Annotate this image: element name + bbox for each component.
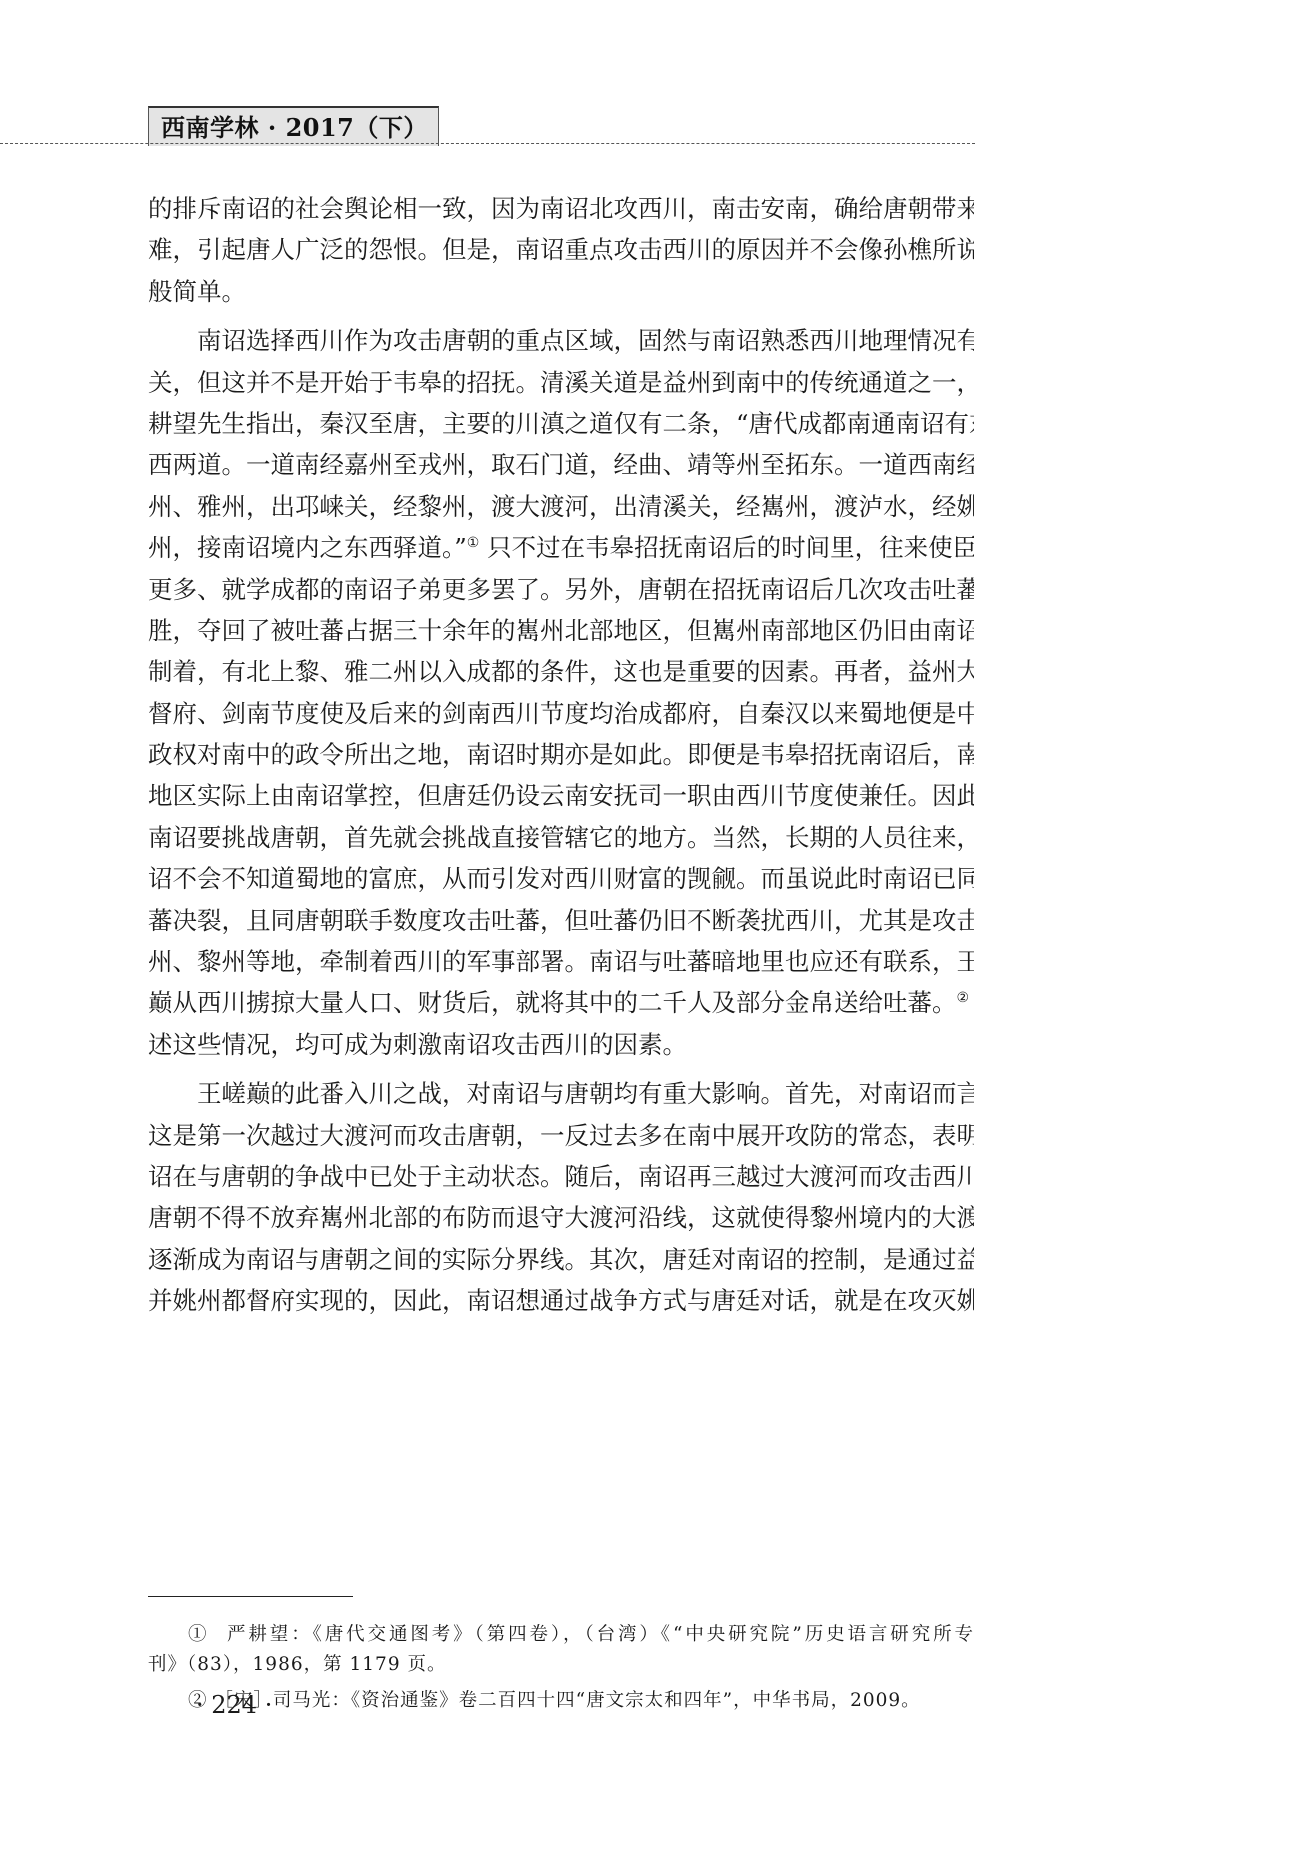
text-segment: 只不过在韦皋招抚南诏后的时间里，往来使臣 [487,533,974,562]
text-line: 关，但这并不是开始于韦皋的招抚。清溪关道是益州到南中的传统通道之一，严 [148,362,974,403]
footnote-text: 严耕望：《唐代交通图考》（第四卷），（台湾）《“中央研究院”历史语言研究所专 [227,1624,974,1645]
text-line: 蕃决裂，且同唐朝联手数度攻击吐蕃，但吐蕃仍旧不断袭扰西川，尤其是攻击嶲 [148,900,974,941]
text-line: 诏在与唐朝的争战中已处于主动状态。随后，南诏再三越过大渡河而攻击西川， [148,1156,974,1197]
text-line: 地区实际上由南诏掌控，但唐廷仍设云南安抚司一职由西川节度使兼任。因此， [148,775,974,816]
text-line-with-note: 巅从西川掳掠大量人口、财货后，就将其中的二千人及部分金帛送给吐蕃。② 上 [148,982,974,1023]
journal-title: 西南学林 · 2017（下） [161,113,428,142]
text-line: 王嵯巅的此番入川之战，对南诏与唐朝均有重大影响。首先，对南诏而言， [148,1073,974,1114]
page-number: · 224 · [196,1690,272,1720]
text-line: 州、黎州等地，牵制着西川的军事部署。南诏与吐蕃暗地里也应还有联系，王嵯 [148,941,974,982]
text-line: 更多、就学成都的南诏子弟更多罢了。另外，唐朝在招抚南诏后几次攻击吐蕃获 [148,569,974,610]
text-line: 州、雅州，出邛崃关，经黎州，渡大渡河，出清溪关，经嶲州，渡泸水，经姚 [148,486,974,527]
text-line-with-note: 州，接南诏境内之东西驿道。”① 只不过在韦皋招抚南诏后的时间里，往来使臣 [148,527,974,568]
text-segment: 巅从西川掳掠大量人口、财货后，就将其中的二千人及部分金帛送给吐蕃。 [148,988,957,1017]
text-line: 政权对南中的政令所出之地，南诏时期亦是如此。即便是韦皋招抚南诏后，南中 [148,734,974,775]
body-text: 的排斥南诏的社会舆论相一致，因为南诏北攻西川，南击安南，确给唐朝带来灾 难，引起… [148,188,974,1322]
text-line: 这是第一次越过大渡河而攻击唐朝，一反过去多在南中展开攻防的常态，表明南 [148,1115,974,1156]
header-dashed-rule [0,143,975,144]
text-line: 难，引起唐人广泛的怨恨。但是，南诏重点攻击西川的原因并不会像孙樵所说这 [148,229,974,270]
running-head: 西南学林 · 2017（下） [148,106,439,146]
footnote-marker: ① [188,1624,209,1645]
footnote-ref-1[interactable]: ① [467,535,480,551]
text-line: 的排斥南诏的社会舆论相一致，因为南诏北攻西川，南击安南，确给唐朝带来灾 [148,188,974,229]
text-line: 耕望先生指出，秦汉至唐，主要的川滇之道仅有二条，“唐代成都南通南诏有东 [148,403,974,444]
text-line: 唐朝不得不放弃嶲州北部的布防而退守大渡河沿线，这就使得黎州境内的大渡河 [148,1197,974,1238]
text-line: 诏不会不知道蜀地的富庶，从而引发对西川财富的觊觎。而虽说此时南诏已同吐 [148,858,974,899]
text-line: 逐渐成为南诏与唐朝之间的实际分界线。其次，唐廷对南诏的控制，是通过益州 [148,1239,974,1280]
text-line: 制着，有北上黎、雅二州以入成都的条件，这也是重要的因素。再者，益州大都 [148,651,974,692]
footnote-rule [148,1596,353,1597]
text-segment: 州，接南诏境内之东西驿道。” [148,533,467,562]
text-line: 并姚州都督府实现的，因此，南诏想通过战争方式与唐廷对话，就是在攻灭姚州 [148,1280,974,1321]
text-line: 南诏要挑战唐朝，首先就会挑战直接管辖它的地方。当然，长期的人员往来，南 [148,817,974,858]
text-line: 西两道。一道南经嘉州至戎州，取石门道，经曲、靖等州至拓东。一道西南经邛 [148,444,974,485]
footnote-ref-2[interactable]: ② [957,990,970,1006]
footnote-1-continued: 刊》（83），1986，第 1179 页。 [148,1650,974,1680]
text-line: 南诏选择西川作为攻击唐朝的重点区域，固然与南诏熟悉西川地理情况有 [148,320,974,361]
footnote-1: ① 严耕望：《唐代交通图考》（第四卷），（台湾）《“中央研究院”历史语言研究所专 [148,1620,974,1650]
text-line: 述这些情况，均可成为刺激南诏攻击西川的因素。 [148,1024,974,1065]
text-line: 督府、剑南节度使及后来的剑南西川节度均治成都府，自秦汉以来蜀地便是中原 [148,693,974,734]
text-line: 胜，夺回了被吐蕃占据三十余年的嶲州北部地区，但嶲州南部地区仍旧由南诏控 [148,610,974,651]
footnote-text: ［宋］司马光：《资治通鉴》卷二百四十四“唐文宗太和四年”，中华书局，2009。 [214,1690,920,1711]
text-line: 般简单。 [148,271,974,312]
